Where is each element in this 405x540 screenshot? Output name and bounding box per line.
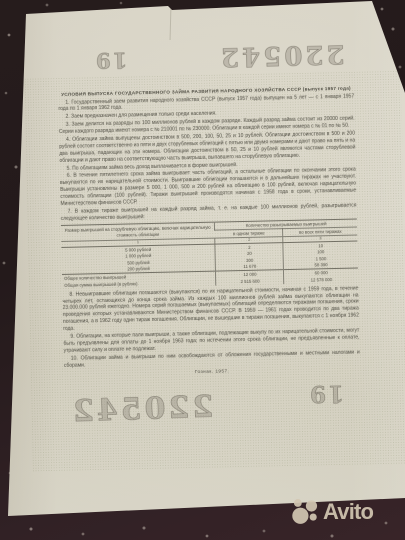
avito-watermark: Avito xyxy=(291,497,373,526)
dust-speckles xyxy=(0,0,2,2)
top-series-number: 19 xyxy=(94,48,128,74)
bond-paper: 220542 19 УСЛОВИЯ ВЫПУСКА ГОСУДАРСТВЕННО… xyxy=(0,0,405,540)
winnings-table: Размер выигрышей на сторублевую облигаци… xyxy=(61,218,358,289)
paragraph: 6. В течение пятилетнего срока займа выи… xyxy=(60,167,357,208)
avito-label: Avito xyxy=(323,501,373,523)
top-serial-number: 220542 xyxy=(218,38,345,71)
bottom-serial-number: 220542 xyxy=(69,390,213,430)
bond-text-block: УСЛОВИЯ ВЫПУСКА ГОСУДАРСТВЕННОГО ЗАЙМА Р… xyxy=(58,86,360,378)
paragraph: 8. Невыигравшие облигации погашаются (вы… xyxy=(62,285,359,333)
photo-background: 220542 19 УСЛОВИЯ ВЫПУСКА ГОСУДАРСТВЕННО… xyxy=(0,0,405,540)
bottom-series-number: 19 xyxy=(308,380,344,408)
avito-logo-icon xyxy=(291,497,320,526)
